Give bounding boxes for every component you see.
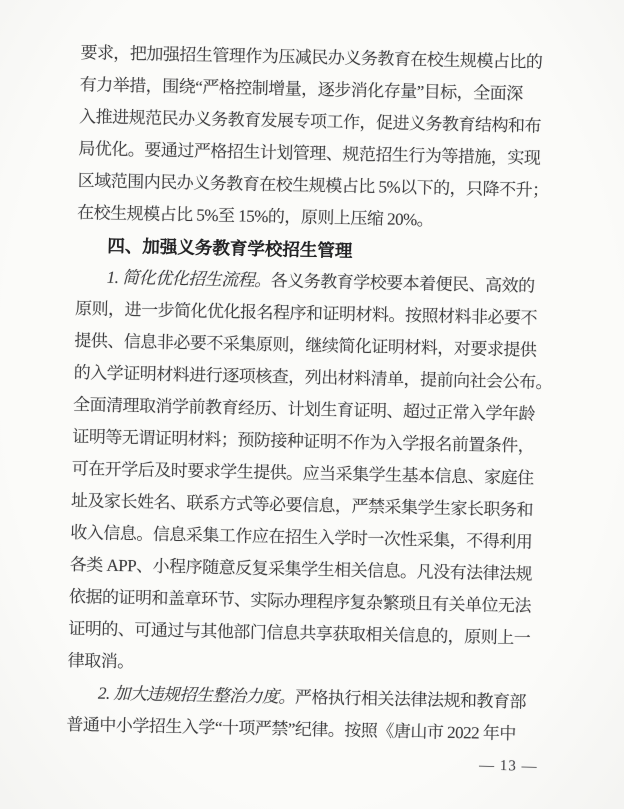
item-rest-text: 各义务教育学校要本着便民、高效的 [271, 271, 535, 296]
document-page: 要求，把加强招生管理作为压减民办义务教育在校生规模占比的 有力举措，围绕“严格控… [0, 0, 624, 809]
item-lead-text: 2. 加大违规招生整治力度。 [98, 684, 295, 707]
item-lead-text: 1. 简化优化招生流程。 [107, 268, 271, 290]
item-rest-text: 严格执行相关法律法规和教育部 [295, 688, 526, 712]
text-block: 要求，把加强招生管理作为压减民办义务教育在校生规模占比的 有力举措，围绕“严格控… [65, 37, 556, 783]
